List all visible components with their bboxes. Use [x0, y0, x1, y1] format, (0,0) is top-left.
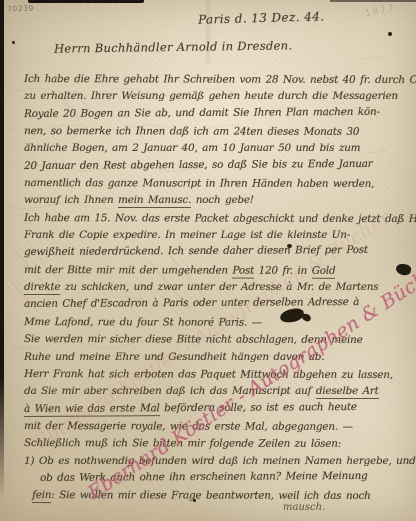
handwriting-line: Ich habe die Ehre gehabt Ihr Schreiben v…: [24, 71, 414, 89]
ink-speck: [12, 41, 15, 44]
scan-edge-top-right: [330, 0, 416, 2]
letter-scan-page: 70239 1877 Paris d. 13 Dez. 44. Herrn Bu…: [0, 0, 416, 521]
handwriting-line: mit der Bitte mir mit der umgehenden Pos…: [24, 262, 414, 280]
letter-dateline: Paris d. 13 Dez. 44.: [198, 9, 325, 26]
letter-paragraph-1: Ich habe die Ehre gehabt Ihr Schreiben v…: [24, 71, 414, 210]
handwriting-line: nen, so bemerke ich Ihnen daß ich am 24t…: [24, 123, 414, 141]
handwriting-line: worauf ich Ihnen mein Manusc. noch gebe!: [24, 192, 414, 209]
handwriting-line: Schließlich muß ich Sie bitten mir folge…: [24, 435, 414, 453]
handwriting-line: à Wien wie das erste Mal befördern solle…: [24, 398, 414, 418]
handwriting-line: Sie werden mir sicher diese Bitte nicht …: [24, 331, 414, 349]
catchword: mausch.: [283, 502, 325, 513]
handwriting-line: Royale 20 Bogen an Sie ab, und damit Sie…: [24, 103, 414, 123]
letter-salutation: Herrn Buchhändler Arnold in Dresden.: [54, 38, 292, 55]
handwriting-line: namentlich das ganze Manuscript in Ihren…: [24, 175, 414, 193]
handwriting-line: mit der Messagerie royale, wie das erste…: [24, 418, 414, 436]
ink-speck: [388, 32, 392, 36]
handwriting-line: fein: Sie wollen mir diese Frage beantwo…: [24, 487, 414, 505]
letter-paragraph-3: Sie werden mir sicher diese Bitte nicht …: [24, 331, 414, 366]
scan-edge-top: [28, 0, 144, 3]
handwriting-line: ob das Werk auch ohne ihn erscheinen kan…: [24, 468, 414, 488]
handwriting-line: 20 Januar den Rest abgehen lasse, so daß…: [24, 155, 414, 175]
inventory-number-pencil: 70239: [7, 4, 34, 14]
handwriting-line: Herr Frank hat sich erboten das Paquet M…: [24, 366, 414, 384]
handwriting-line: ancien Chef d'Escadron à Paris oder unte…: [24, 294, 414, 314]
paper-crease: [207, 0, 209, 64]
letter-body: Ich habe die Ehre gehabt Ihr Schreiben v…: [24, 71, 414, 505]
handwriting-line: Mme Lafond, rue du four St honoré Paris.…: [24, 314, 414, 332]
corner-date-pencil: 1877: [364, 3, 396, 19]
handwriting-line: Ich habe am 15. Nov. das erste Packet ab…: [24, 210, 414, 228]
ink-speck: [193, 499, 196, 502]
handwriting-line: gewißheit niederdrückend. Ich sende dahe…: [24, 242, 414, 262]
letter-paragraph-2: Ich habe am 15. Nov. das erste Packet ab…: [24, 210, 414, 331]
handwriting-line: Ruhe und meine Ehre und Gesundheit hänge…: [24, 349, 414, 366]
handwriting-line: da Sie mir aber schreiben daß ich das Ma…: [24, 383, 414, 400]
letter-paragraph-5: Schließlich muß ich Sie bitten mir folge…: [24, 435, 414, 504]
ink-speck: [287, 244, 292, 248]
letter-paragraph-4: Herr Frank hat sich erboten das Paquet M…: [24, 366, 414, 435]
scan-edge-left: [0, 0, 4, 521]
